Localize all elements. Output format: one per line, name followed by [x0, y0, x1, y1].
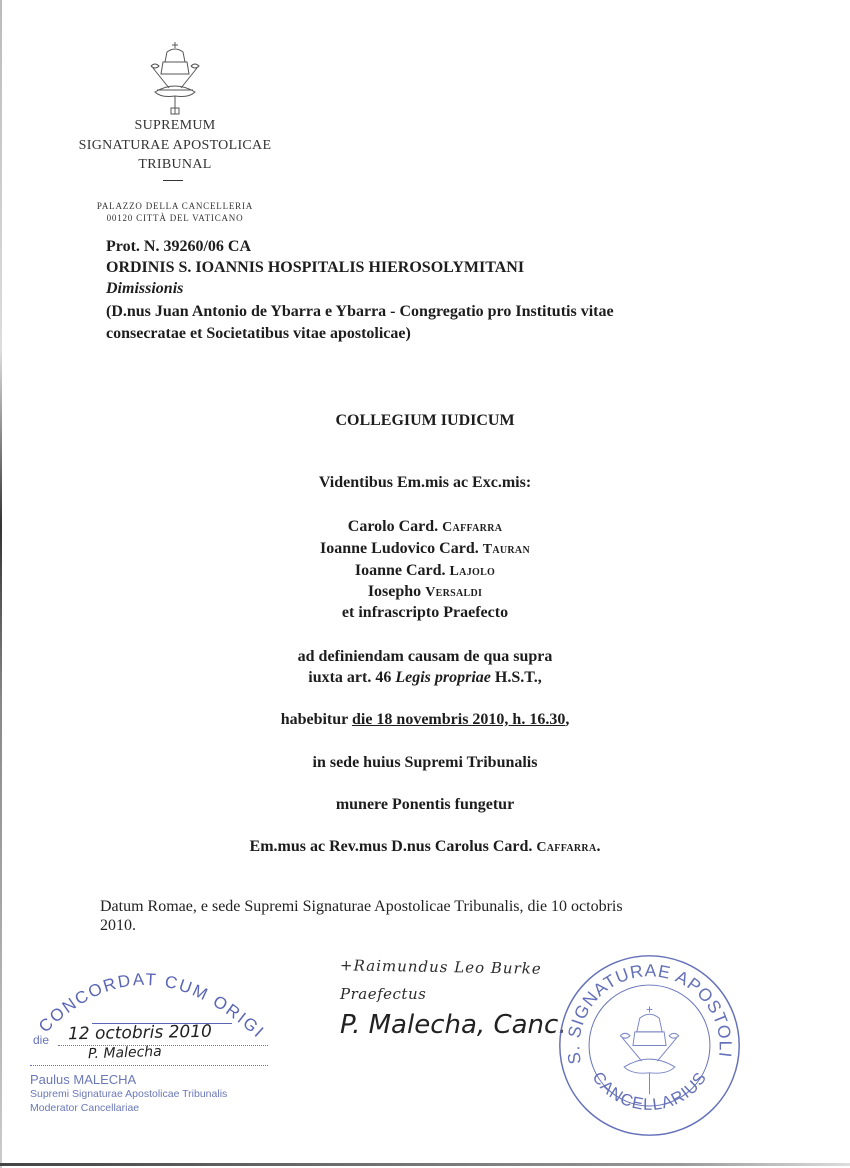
- judge-1: Carolo Card. Caffarra: [0, 518, 850, 536]
- scan-edge-bottom: [0, 1163, 850, 1166]
- judge-3: Ioanne Card. Lajolo: [0, 562, 850, 580]
- prefect-title: Praefectus: [340, 985, 426, 1003]
- die-label: die: [33, 1033, 49, 1047]
- judge-4: Iosepho Versaldi: [0, 583, 850, 601]
- stamp-title2: Moderator Cancellariae: [30, 1102, 139, 1114]
- signature-dotted-line: [30, 1065, 268, 1066]
- datum-line1: Datum Romae, e sede Supremi Signaturae A…: [100, 898, 623, 916]
- judge-2-surname: Tauran: [483, 542, 530, 557]
- papal-keys-tiara-icon: [145, 40, 205, 120]
- sede-line: in sede huius Supremi Tribunalis: [0, 754, 850, 772]
- case-type: Dimissionis: [106, 280, 183, 298]
- judge-3-surname: Lajolo: [450, 564, 496, 579]
- order-name: ORDINIS S. IOANNIS HOSPITALIS HIEROSOLYM…: [106, 259, 524, 277]
- stamp-title1: Supremi Signaturae Apostolicae Tribunali…: [30, 1088, 227, 1100]
- iuxta-line: iuxta art. 46 Legis propriae H.S.T.,: [0, 669, 850, 687]
- munere-line: munere Ponentis fungetur: [0, 796, 850, 814]
- handwritten-date: 12 octobris 2010: [68, 1022, 212, 1045]
- letterhead-address1: PALAZZO DELLA CANCELLERIA: [60, 201, 290, 211]
- praefecto-line: et infrascripto Praefecto: [0, 604, 850, 622]
- judge-2: Ioanne Ludovico Card. Tauran: [0, 540, 850, 558]
- definiendam-line: ad definiendam causam de qua supra: [0, 648, 850, 666]
- ponens-line: Em.mus ac Rev.mus D.nus Carolus Card. Ca…: [0, 838, 850, 856]
- videntibus-line: Videntibus Em.mis ac Exc.mis:: [0, 474, 850, 492]
- tribunal-seal: S. SIGNATURAE APOSTOLICAE T. - CANCELLAR…: [552, 948, 747, 1143]
- protocol-number: Prot. N. 39260/06 CA: [106, 238, 251, 256]
- hearing-date: die 18 novembris 2010, h. 16.30: [352, 711, 565, 728]
- habebitur-line: habebitur die 18 novembris 2010, h. 16.3…: [0, 711, 850, 729]
- stamp-name: Paulus MALECHA: [30, 1072, 136, 1087]
- collegium-heading: COLLEGIUM IUDICUM: [0, 412, 850, 430]
- letterhead-address2: 00120 CITTÀ DEL VATICANO: [60, 213, 290, 223]
- legis-propriae: Legis propriae: [395, 669, 491, 686]
- judge-4-surname: Versaldi: [425, 585, 482, 600]
- svg-text:S. SIGNATURAE APOSTOLICAE T.: S. SIGNATURAE APOSTOLICAE T.: [552, 948, 736, 1066]
- papal-keys-tiara-icon: [620, 1007, 679, 1095]
- parties-line2: consecratae et Societatibus vitae aposto…: [106, 325, 411, 343]
- ponens-surname: Caffarra: [536, 840, 596, 855]
- letterhead-line3: TRIBUNAL: [35, 157, 315, 173]
- letterhead-divider: [163, 180, 183, 181]
- parties-line1: (D.nus Juan Antonio de Ybarra e Ybarra -…: [106, 303, 614, 321]
- letterhead-line2: SIGNATURAE APOSTOLICAE: [35, 138, 315, 154]
- letterhead-line1: SUPREMUM: [35, 118, 315, 134]
- judge-1-surname: Caffarra: [442, 520, 502, 535]
- concordat-stamp: CONCORDAT CUM ORIGINALI die 12 octobris …: [20, 955, 280, 1125]
- datum-line2: 2010.: [100, 917, 136, 935]
- prefect-signature: +Raimundus Leo Burke: [340, 956, 542, 978]
- handwritten-signature: P. Malecha: [88, 1044, 162, 1063]
- chancellor-signature: P. Malecha, Canc.: [340, 1010, 567, 1040]
